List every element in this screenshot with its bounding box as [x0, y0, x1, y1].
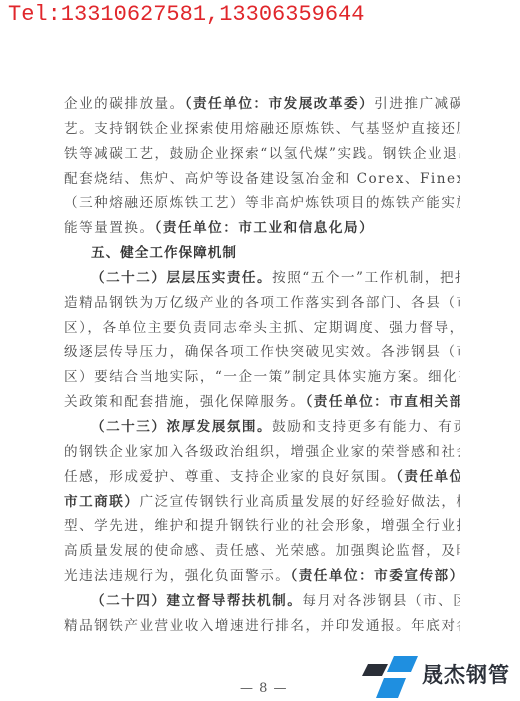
text-line: （二十四）建立督导帮扶机制。每月对各涉钢县（市、区）	[64, 589, 460, 614]
text-segment: 区）要结合当地实际，“一企一策”制定具体实施方案。细化有	[64, 369, 460, 385]
text-line: 市工商联）广泛宣传钢铁行业高质量发展的好经验好做法，树典	[64, 490, 460, 515]
text-line: 艺。支持钢铁企业探索使用熔融还原炼铁、气基竖炉直接还原炼	[64, 117, 460, 142]
text-segment: 高质量发展的使命感、责任感、光荣感。加强舆论监督，及时曝	[64, 543, 460, 559]
bold-text-segment: （二十四）建立督导帮扶机制。	[91, 593, 302, 609]
document-body: 企业的碳排放量。（责任单位：市发展改革委）引进推广减碳工艺。支持钢铁企业探索使用…	[64, 92, 460, 639]
text-segment: 广泛宣传钢铁行业高质量发展的好经验好做法，树典	[139, 494, 460, 510]
text-line: （三种熔融还原炼铁工艺）等非高炉炼铁项目的炼铁产能实施产	[64, 191, 460, 216]
text-segment: 的钢铁企业家加入各级政治组织，增强企业家的荣誉感和社会责	[64, 444, 460, 460]
text-line: 区）要结合当地实际，“一企一策”制定具体实施方案。细化有	[64, 365, 460, 390]
text-line: 型、学先进，维护和提升钢铁行业的社会形象，增强全行业推动	[64, 514, 460, 539]
text-segment: 五、健全工作保障机制	[91, 245, 237, 261]
bold-text-segment: （责任单位：市委宣传部）	[290, 568, 460, 584]
text-segment: 鼓励和支持更多有能力、有贡献	[272, 419, 460, 435]
text-line: 企业的碳排放量。（责任单位：市发展改革委）引进推广减碳工	[64, 92, 460, 117]
text-line: 级逐层传导压力，确保各项工作快突破见实效。各涉钢县（市、	[64, 340, 460, 365]
text-line: 任感，形成爱护、尊重、支持企业家的良好氛围。（责任单位：	[64, 465, 460, 490]
company-logo: 晟杰钢管	[362, 654, 520, 698]
text-line: 精品钢铁产业营业收入增速进行排名，并印发通报。年底对各涉	[64, 614, 460, 639]
text-segment: 铁等减碳工艺，鼓励企业探索“以氢代煤”实践。钢铁企业退出	[64, 146, 460, 162]
text-segment: 级逐层传导压力，确保各项工作快突破见实效。各涉钢县（市、	[64, 344, 460, 360]
text-segment: 按照“五个一”工作机制，把打	[272, 270, 460, 286]
text-line: （二十二）层层压实责任。按照“五个一”工作机制，把打	[64, 266, 460, 291]
text-segment: 引进推广减碳工	[374, 96, 460, 112]
bold-text-segment: （责任单位：	[396, 469, 460, 485]
page-number: — 8 —	[240, 681, 288, 696]
text-line: 铁等减碳工艺，鼓励企业探索“以氢代煤”实践。钢铁企业退出	[64, 142, 460, 167]
bold-text-segment: （二十三）浓厚发展氛围。	[91, 419, 272, 435]
logo-mark-icon	[362, 654, 422, 698]
text-segment: 关政策和配套措施，强化保障服务。	[64, 394, 306, 410]
bold-text-segment: （责任单位：市发展改革委）	[185, 96, 374, 112]
bold-text-segment: （二十二）层层压实责任。	[91, 270, 272, 286]
text-segment: 光违法违规行为，强化负面警示。	[64, 568, 290, 584]
text-segment: 能等量置换。	[64, 220, 155, 236]
text-line: 的钢铁企业家加入各级政治组织，增强企业家的荣誉感和社会责	[64, 440, 460, 465]
bold-text-segment: （责任单位：市工业和信息化局）	[155, 220, 375, 236]
text-line: 造精品钢铁为万亿级产业的各项工作落实到各部门、各县（市、	[64, 291, 460, 316]
logo-text: 晟杰钢管	[422, 662, 510, 688]
text-segment: 任感，形成爱护、尊重、支持企业家的良好氛围。	[64, 469, 396, 485]
text-segment: 精品钢铁产业营业收入增速进行排名，并印发通报。年底对各涉	[64, 618, 460, 634]
text-line: 能等量置换。（责任单位：市工业和信息化局）	[64, 216, 460, 241]
bold-text-segment: 市工商联）	[64, 494, 139, 510]
text-segment: （三种熔融还原炼铁工艺）等非高炉炼铁项目的炼铁产能实施产	[64, 195, 460, 211]
text-line: （二十三）浓厚发展氛围。鼓励和支持更多有能力、有贡献	[64, 415, 460, 440]
text-line: 配套烧结、焦炉、高炉等设备建设氢冶金和 Corex、Finex、HIsmelt	[64, 167, 460, 192]
section-heading: 五、健全工作保障机制	[64, 241, 460, 266]
contact-phone-header: Tel:13310627581,13306359644	[8, 2, 364, 28]
text-line: 光违法违规行为，强化负面警示。（责任单位：市委宣传部）	[64, 564, 460, 589]
text-segment: 配套烧结、焦炉、高炉等设备建设氢冶金和 Corex、Finex、HIsmelt	[64, 171, 460, 187]
text-line: 高质量发展的使命感、责任感、光荣感。加强舆论监督，及时曝	[64, 539, 460, 564]
text-segment: 每月对各涉钢县（市、区）	[302, 593, 460, 609]
text-segment: 造精品钢铁为万亿级产业的各项工作落实到各部门、各县（市、	[64, 295, 460, 311]
text-segment: 型、学先进，维护和提升钢铁行业的社会形象，增强全行业推动	[64, 518, 460, 534]
text-line: 区），各单位主要负责同志牵头主抓、定期调度、强力督导，逐	[64, 316, 460, 341]
text-segment: 艺。支持钢铁企业探索使用熔融还原炼铁、气基竖炉直接还原炼	[64, 121, 460, 137]
text-segment: 区），各单位主要负责同志牵头主抓、定期调度、强力督导，逐	[64, 320, 460, 336]
bold-text-segment: （责任单位：市直相关部门）	[306, 394, 461, 410]
text-segment: 企业的碳排放量。	[64, 96, 185, 112]
text-line: 关政策和配套措施，强化保障服务。（责任单位：市直相关部门）	[64, 390, 460, 415]
